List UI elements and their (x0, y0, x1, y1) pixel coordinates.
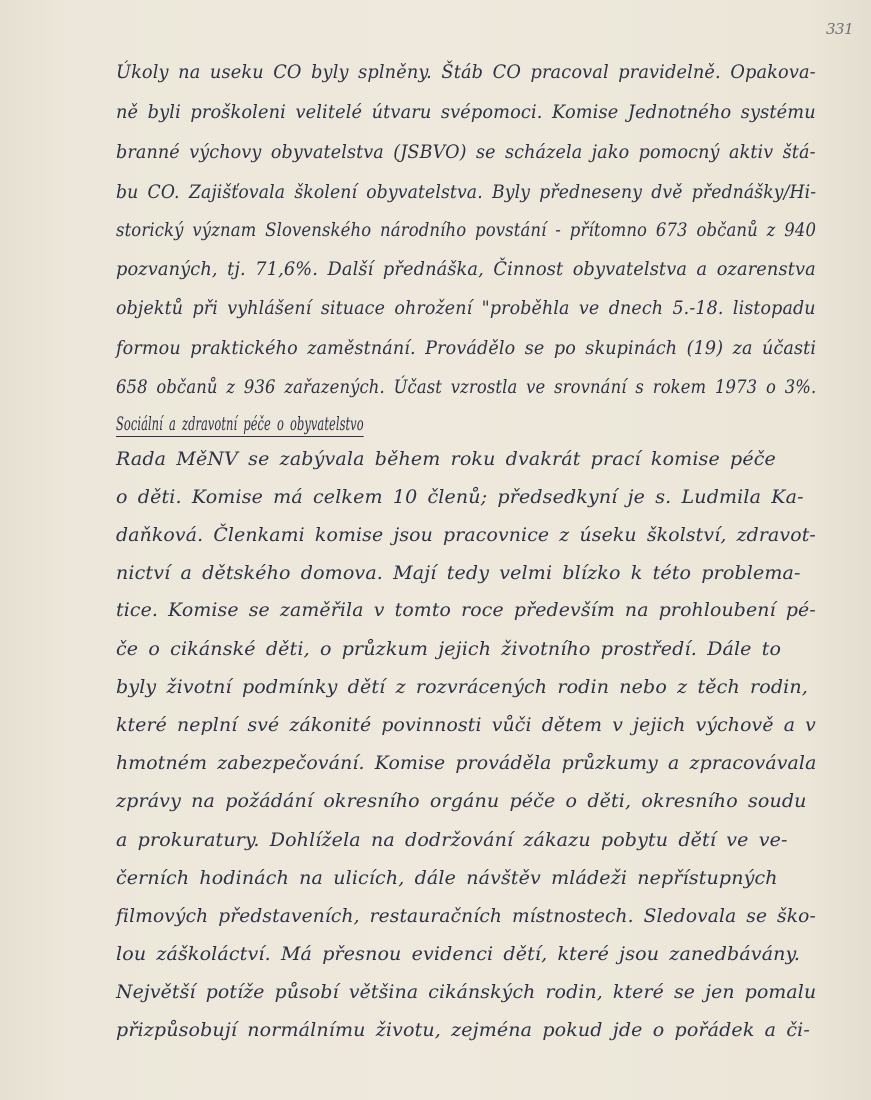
text-line: če o cikánské děti, o průzkum jejich živ… (116, 637, 816, 661)
text-line: a prokuratury. Dohlížela na dodržování z… (116, 828, 816, 852)
text-line: storický význam Slovenského národního po… (116, 218, 722, 242)
text-line: daňková. Členkami komise jsou pracovnice… (116, 523, 810, 547)
text-line: Úkoly na useku CO byly splněny. Štáb CO … (116, 60, 768, 84)
text-line: Rada MěNV se zabývala během roku dvakrát… (116, 447, 816, 471)
section-heading: Sociální a zdravotní péče o obyvatelstvo (116, 412, 536, 436)
text-line: které neplní své zákonité povinnosti vůč… (116, 713, 809, 737)
page-number: 331 (826, 20, 853, 38)
text-line: bu CO. Zajišťovala školení obyvatelstva.… (116, 180, 749, 204)
text-line: lou záškoláctví. Má přesnou evidenci dět… (116, 942, 816, 966)
text-line: branné výchovy obyvatelstva (JSBVO) se s… (116, 140, 762, 164)
text-line: filmových představeních, restauračních m… (116, 904, 800, 928)
text-line: přizpůsobují normálnímu životu, zejména … (116, 1018, 816, 1042)
text-line: nictví a dětského domova. Mají tedy velm… (116, 561, 816, 585)
text-line: formou praktického zaměstnání. Provádělo… (116, 336, 762, 360)
text-line: ně byli proškoleni velitelé útvaru svépo… (116, 100, 768, 124)
text-line: objektů při vyhlášení situace ohrožení "… (116, 296, 758, 320)
text-line: 658 občanů z 936 zařazených. Účast vzros… (116, 375, 719, 399)
text-line: pozvaných, tj. 71,6%. Další přednáška, Č… (116, 257, 768, 281)
text-line: černích hodinách na ulicích, dále návště… (116, 866, 816, 890)
text-line: byly životní podmínky dětí z rozvrácenýc… (116, 675, 816, 699)
handwritten-page: 331 Úkoly na useku CO byly splněny. Štáb… (0, 0, 871, 1100)
text-line: tice. Komise se zaměřila v tomto roce př… (116, 598, 810, 622)
text-line: hmotném zabezpečování. Komise prováděla … (116, 751, 810, 775)
text-line: Největší potíže působí většina cikánskýc… (116, 980, 809, 1004)
text-line: o děti. Komise má celkem 10 členů; předs… (116, 485, 816, 509)
text-line: zprávy na požádání okresního orgánu péče… (116, 789, 816, 813)
